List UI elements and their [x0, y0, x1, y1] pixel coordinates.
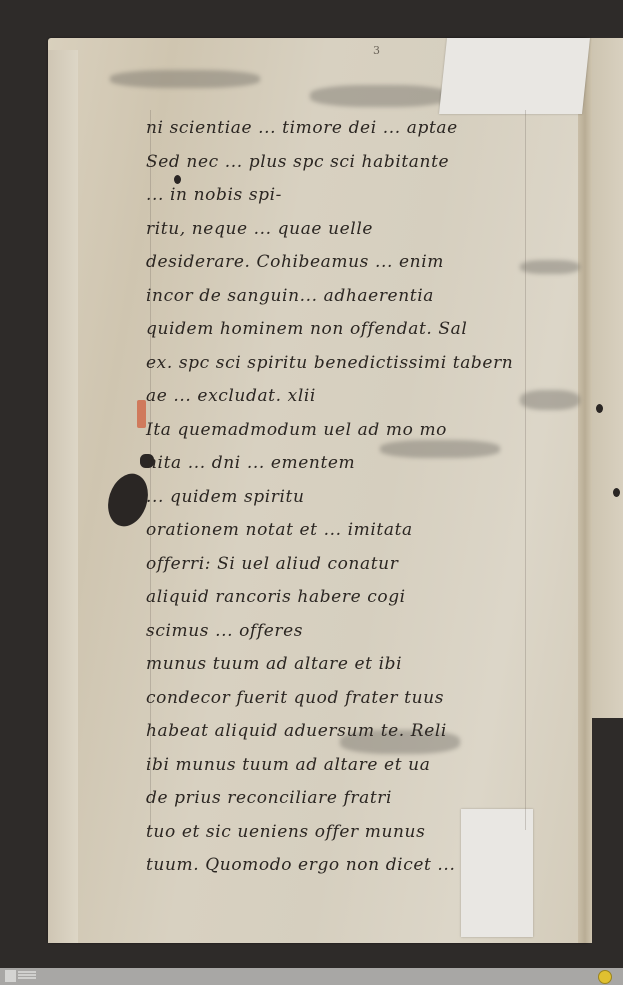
text-line: tuum. Quomodo ergo non dicet ... [146, 849, 566, 883]
text-line: condecor fuerit quod frater tuus [146, 682, 566, 716]
text-line: ni scientiae ... timore dei ... aptae [146, 112, 566, 146]
text-line: Ita quemadmodum uel ad mo mo [146, 414, 566, 448]
text-line: habeat aliquid aduersum te. Reli [146, 715, 566, 749]
text-line: desiderare. Cohibeamus ... enim [146, 246, 566, 280]
text-line: ... in nobis spi- [146, 179, 566, 213]
manuscript-text: ni scientiae ... timore dei ... aptae Se… [146, 112, 566, 883]
text-line: incor de sanguin... adhaerentia [146, 280, 566, 314]
text-line: de prius reconciliare fratri [146, 782, 566, 816]
ink-dot [613, 488, 620, 497]
text-line: scimus ... offeres [146, 615, 566, 649]
page-gutter [578, 38, 592, 943]
text-line: nita ... dni ... ementem [146, 447, 566, 481]
text-line: Sed nec ... plus spc sci habitante [146, 146, 566, 180]
text-line: ae ... excludat. xlii [146, 380, 566, 414]
text-line: aliquid rancoris habere cogi [146, 581, 566, 615]
text-line: ritu, neque ... quae uelle [146, 213, 566, 247]
image-viewer: 3 ni scientiae ... timore dei ... aptae … [0, 0, 623, 968]
text-line: ex. spc sci spiritu benedictissimi taber… [146, 347, 566, 381]
ink-dot [596, 404, 603, 413]
text-line: offerri: Si uel aliud conatur [146, 548, 566, 582]
text-line: ... quidem spiritu [146, 481, 566, 515]
page-fold [48, 50, 78, 943]
rubricated-initial [137, 400, 146, 428]
text-line: ibi munus tuum ad altare et ua [146, 749, 566, 783]
library-logo-icon[interactable] [5, 970, 16, 982]
text-line: quidem hominem non offendat. Sal [146, 313, 566, 347]
paper-repair-patch [439, 38, 590, 114]
license-badge-icon[interactable] [598, 970, 612, 984]
footer-credit-text [18, 971, 36, 973]
text-line: orationem notat et ... imitata [146, 514, 566, 548]
ink-offset-smudge [310, 85, 450, 107]
text-line: tuo et sic ueniens offer munus [146, 816, 566, 850]
folio-number: 3 [373, 44, 380, 57]
viewer-footer [0, 968, 623, 985]
text-line: munus tuum ad altare et ibi [146, 648, 566, 682]
ink-offset-smudge [110, 70, 260, 88]
next-leaf-edge [590, 38, 623, 718]
